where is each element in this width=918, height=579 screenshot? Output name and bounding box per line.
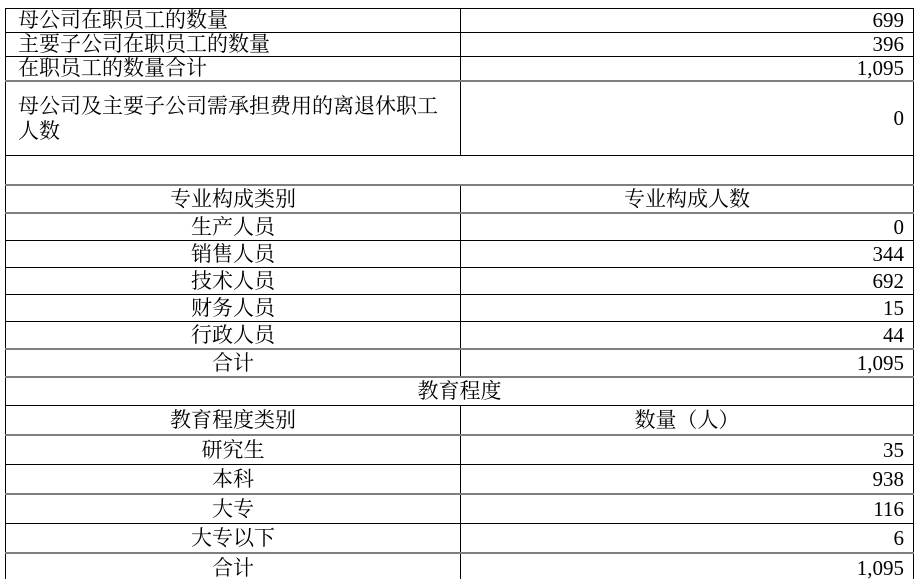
row-label: 合计 [6,349,461,377]
row-label: 在职员工的数量合计 [6,57,461,82]
profession-row-sales: 销售人员 344 [6,241,914,268]
education-row-college: 大专 116 [6,494,914,524]
row-label: 母公司在职员工的数量 [6,9,461,33]
row-label: 大专 [6,494,461,524]
row-label: 本科 [6,465,461,495]
summary-row-retirees: 母公司及主要子公司需承担费用的离退休职工人数 0 [6,81,914,156]
profession-row-total: 合计 1,095 [6,349,914,377]
profession-row-administrative: 行政人员 44 [6,322,914,350]
education-row-postgraduate: 研究生 35 [6,435,914,465]
profession-row-technical: 技术人员 692 [6,268,914,295]
row-label: 主要子公司在职员工的数量 [6,33,461,57]
education-category-header: 教育程度类别 [6,406,461,436]
row-value: 344 [461,241,914,268]
row-label: 行政人员 [6,322,461,350]
row-label: 技术人员 [6,268,461,295]
row-value: 1,095 [461,553,914,579]
row-value: 6 [461,524,914,554]
education-header-row: 教育程度类别 数量（人） [6,406,914,436]
document-page: 母公司在职员工的数量 699 主要子公司在职员工的数量 396 在职员工的数量合… [0,0,918,579]
row-value: 44 [461,322,914,350]
row-label: 大专以下 [6,524,461,554]
profession-header-row: 专业构成类别 专业构成人数 [6,185,914,213]
row-value: 692 [461,268,914,295]
education-count-header: 数量（人） [461,406,914,436]
summary-row-total-employees: 在职员工的数量合计 1,095 [6,57,914,82]
row-value: 0 [461,81,914,156]
row-value: 699 [461,9,914,33]
row-label: 母公司及主要子公司需承担费用的离退休职工人数 [6,81,461,156]
summary-row-subsidiaries: 主要子公司在职员工的数量 396 [6,33,914,57]
row-value: 116 [461,494,914,524]
row-value: 15 [461,295,914,322]
row-label: 销售人员 [6,241,461,268]
row-value: 938 [461,465,914,495]
summary-row-parent-company: 母公司在职员工的数量 699 [6,9,914,33]
row-value: 35 [461,435,914,465]
row-value: 1,095 [461,349,914,377]
profession-row-finance: 财务人员 15 [6,295,914,322]
row-value: 1,095 [461,57,914,82]
row-label: 财务人员 [6,295,461,322]
row-value: 0 [461,213,914,241]
employee-statistics-table: 母公司在职员工的数量 699 主要子公司在职员工的数量 396 在职员工的数量合… [5,8,914,579]
education-row-below-college: 大专以下 6 [6,524,914,554]
row-value: 396 [461,33,914,57]
row-label: 研究生 [6,435,461,465]
row-label: 合计 [6,553,461,579]
education-row-total: 合计 1,095 [6,553,914,579]
profession-count-header: 专业构成人数 [461,185,914,213]
education-row-bachelor: 本科 938 [6,465,914,495]
education-section-title: 教育程度 [6,377,914,406]
row-label: 生产人员 [6,213,461,241]
profession-row-production: 生产人员 0 [6,213,914,241]
spacer-cell [6,156,914,186]
education-section-title-row: 教育程度 [6,377,914,406]
profession-category-header: 专业构成类别 [6,185,461,213]
spacer-row [6,156,914,186]
